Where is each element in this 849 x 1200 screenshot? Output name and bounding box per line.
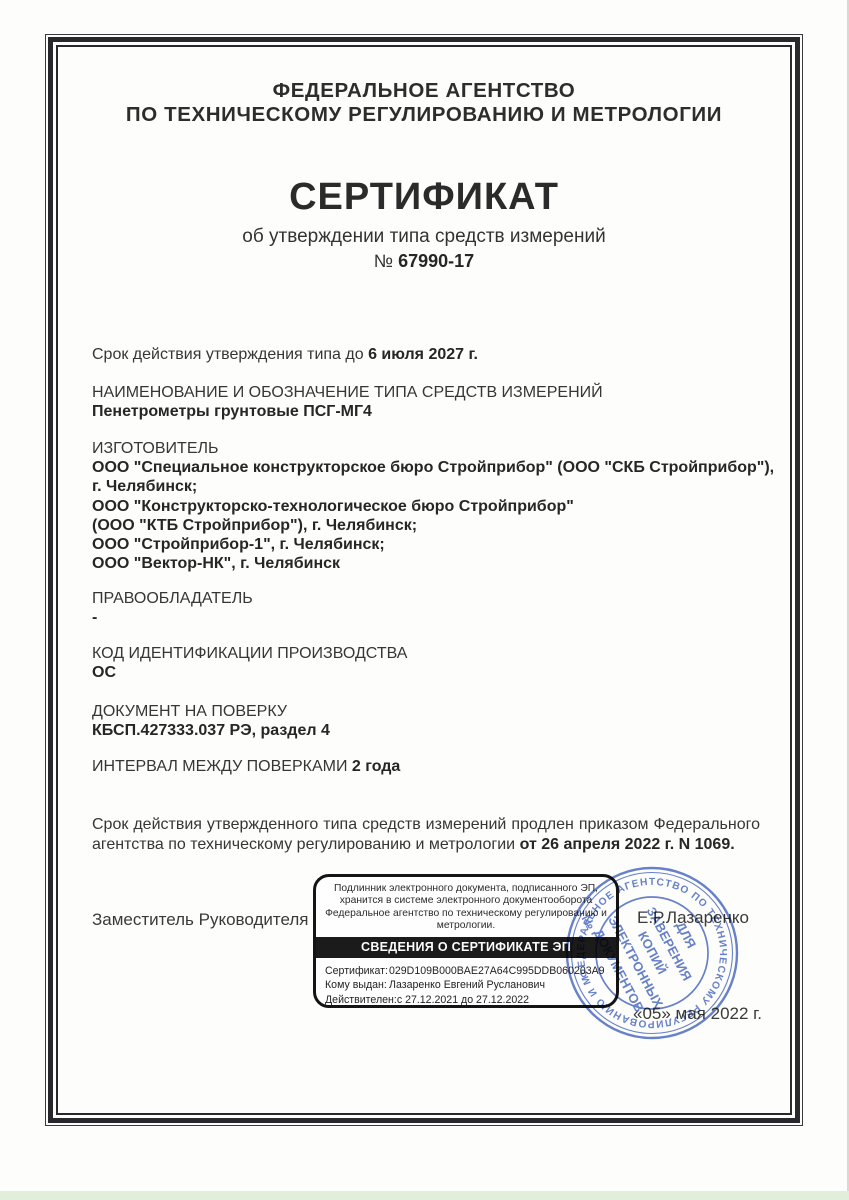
type-name-value: Пенетрометры грунтовые ПСГ-МГ4 bbox=[92, 402, 372, 421]
validity-line: Срок действия утверждения типа до 6 июля… bbox=[92, 345, 478, 364]
agency-line-2: ПО ТЕХНИЧЕСКОМУ РЕГУЛИРОВАНИЮ И МЕТРОЛОГ… bbox=[48, 103, 800, 127]
esign-field-label: Кому выдан: bbox=[325, 978, 389, 993]
verification-doc-label: ДОКУМЕНТ НА ПОВЕРКУ bbox=[92, 702, 287, 721]
esign-field-value: с 27.12.2021 до 27.12.2022 bbox=[397, 994, 529, 1006]
verification-interval-value: 2 года bbox=[352, 758, 400, 775]
manufacturer-line: ООО "Специальное конструкторское бюро Ст… bbox=[92, 458, 774, 477]
validity-label: Срок действия утверждения типа до bbox=[92, 346, 368, 363]
verification-interval-line: ИНТЕРВАЛ МЕЖДУ ПОВЕРКАМИ 2 года bbox=[92, 757, 400, 776]
manufacturer-label: ИЗГОТОВИТЕЛЬ bbox=[92, 439, 219, 458]
esign-field-label: Действителен: bbox=[325, 993, 397, 1008]
manufacturer-line: (ООО "КТБ Стройприбор"), г. Челябинск; bbox=[92, 516, 774, 535]
esign-field-value: Лазаренко Евгений Русланович bbox=[389, 979, 545, 991]
certificate-title: СЕРТИФИКАТ bbox=[48, 176, 800, 219]
agency-line-1: ФЕДЕРАЛЬНОЕ АГЕНТСТВО bbox=[48, 79, 800, 103]
certificate-subtitle: об утверждении типа средств измерений bbox=[48, 226, 800, 248]
verification-doc-value: КБСП.427333.037 РЭ, раздел 4 bbox=[92, 721, 330, 740]
signatory-position: Заместитель Руководителя bbox=[92, 910, 309, 930]
rights-holder-value: - bbox=[92, 608, 97, 627]
round-stamp-icon: ФЕДЕРАЛЬНОЕ АГЕНТСТВО ПО ТЕХНИЧЕСКОМУ РЕ… bbox=[562, 863, 742, 1043]
type-name-label: НАИМЕНОВАНИЕ И ОБОЗНАЧЕНИЕ ТИПА СРЕДСТВ … bbox=[92, 383, 603, 402]
manufacturer-line: ООО "Стройприбор-1", г. Челябинск; bbox=[92, 535, 774, 554]
certificate-number-sign: № bbox=[374, 251, 398, 271]
verification-interval-label: ИНТЕРВАЛ МЕЖДУ ПОВЕРКАМИ bbox=[92, 758, 352, 775]
validity-value: 6 июля 2027 г. bbox=[368, 346, 478, 363]
manufacturer-line: ООО "Конструкторско-технологическое бюро… bbox=[92, 497, 774, 516]
manufacturer-line: г. Челябинск; bbox=[92, 477, 774, 496]
production-code-value: ОС bbox=[92, 663, 116, 682]
agency-name: ФЕДЕРАЛЬНОЕ АГЕНТСТВО ПО ТЕХНИЧЕСКОМУ РЕ… bbox=[48, 79, 800, 127]
manufacturer-lines: ООО "Специальное конструкторское бюро Ст… bbox=[92, 458, 774, 574]
extension-paragraph: Срок действия утвержденного типа средств… bbox=[92, 815, 760, 854]
production-code-label: КОД ИДЕНТИФИКАЦИИ ПРОИЗВОДСТВА bbox=[92, 644, 407, 663]
certificate-number-value: 67990-17 bbox=[398, 251, 474, 271]
certificate-page: ФЕДЕРАЛЬНОЕ АГЕНТСТВО ПО ТЕХНИЧЕСКОМУ РЕ… bbox=[0, 0, 849, 1200]
manufacturer-line: ООО "Вектор-НК", г. Челябинск bbox=[92, 554, 774, 573]
scan-bottom-strip bbox=[0, 1191, 849, 1200]
rights-holder-label: ПРАВООБЛАДАТЕЛЬ bbox=[92, 589, 253, 608]
extension-order-ref: от 26 апреля 2022 г. N 1069. bbox=[520, 836, 735, 853]
certificate-number: № 67990-17 bbox=[48, 251, 800, 272]
esign-field-label: Сертификат: bbox=[325, 964, 389, 979]
